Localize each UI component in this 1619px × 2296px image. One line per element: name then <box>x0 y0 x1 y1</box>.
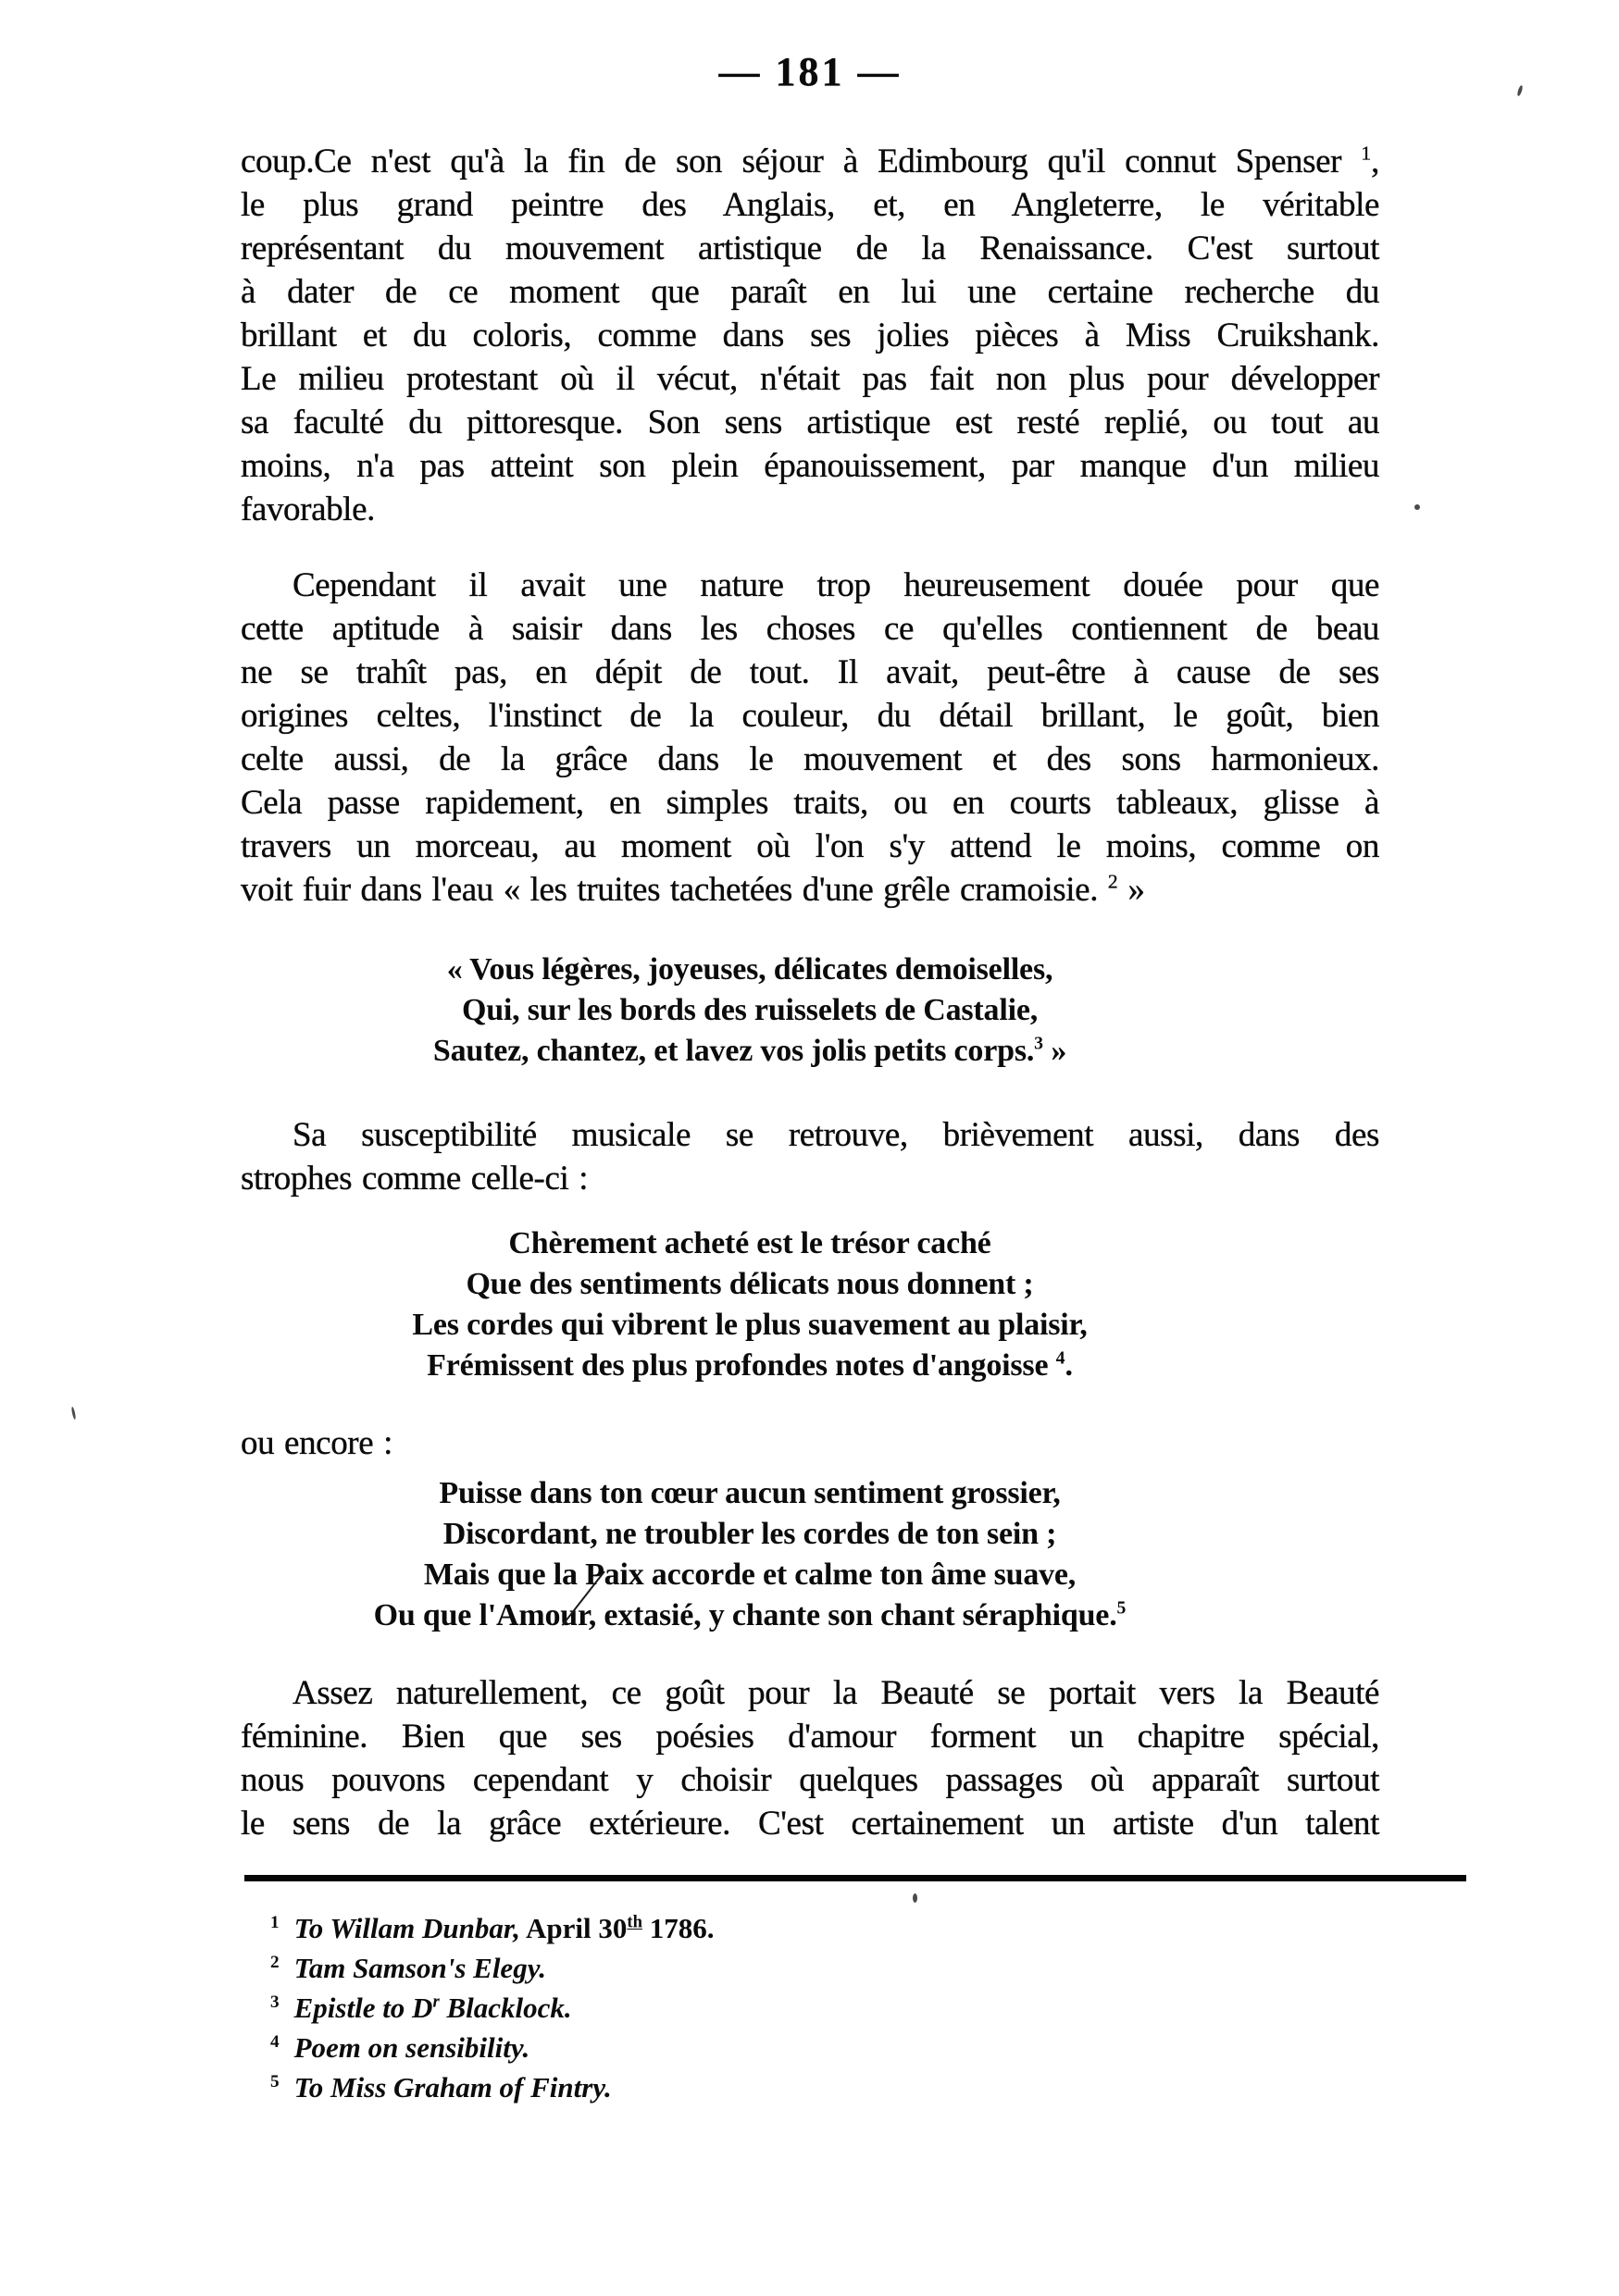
poem-line: Sautez, chantez, et lavez vos jolis peti… <box>241 1031 1259 1072</box>
poem-line: Ou que l'Amour, extasié, y chante son ch… <box>241 1595 1259 1636</box>
text-line: ne se trahît pas, en dépit de tout. Il a… <box>241 651 1379 694</box>
text-line: travers un morceau, au moment où l'on s'… <box>241 825 1379 868</box>
body-paragraph: Sa susceptibilité musicale se retrouve, … <box>241 1113 1379 1200</box>
footnote-ref-2: 2 <box>1108 871 1118 893</box>
line-text: Ou que l'Amour, extasié, y chante son ch… <box>374 1598 1117 1632</box>
text-line: Cela passe rapidement, en simples traits… <box>241 781 1379 825</box>
text-line: nous pouvons cependant y choisir quelque… <box>241 1758 1379 1802</box>
text-line: Cependant il avait une nature trop heure… <box>241 564 1379 607</box>
text-line: moins, n'a pas atteint son plein épanoui… <box>241 444 1379 488</box>
footnote-item: 3Epistle to Dr Blacklock. <box>270 1988 1289 2028</box>
footnote-number: 2 <box>270 1953 280 1972</box>
footnote-item: 1To Willam Dunbar, April 30th 1786. <box>270 1908 1289 1948</box>
ordinal-suffix: th <box>627 1913 642 1932</box>
text-line: celte aussi, de la grâce dans le mouveme… <box>241 738 1379 781</box>
text-line: ou encore : <box>241 1421 1379 1465</box>
ink-speck-artifact <box>913 1893 917 1903</box>
poem-line: Que des sentiments délicats nous donnent… <box>241 1264 1259 1305</box>
text-line: Assez naturellement, ce goût pour la Bea… <box>241 1671 1379 1715</box>
poem-quote: « Vous légères, joyeuses, délicates demo… <box>241 949 1379 1072</box>
footnote-item: 2Tam Samson's Elegy. <box>270 1948 1289 1988</box>
text-line: favorable. <box>241 488 1379 531</box>
ink-speck-artifact <box>71 1407 77 1420</box>
line-text: coup.Ce n'est qu'à la fin de son séjour … <box>241 143 1361 180</box>
footnote-title: Blacklock. <box>440 1992 572 2024</box>
footnote-item: 4Poem on sensibility. <box>270 2028 1289 2067</box>
poem-line: « Vous légères, joyeuses, délicates demo… <box>241 949 1259 990</box>
footnote-date: 1786. <box>642 1912 715 1944</box>
text-line: féminine. Bien que ses poésies d'amour f… <box>241 1715 1379 1758</box>
footnote-separator-rule <box>244 1875 1466 1881</box>
text-line: cette aptitude à saisir dans les choses … <box>241 607 1379 651</box>
text-line: voit fuir dans l'eau « les truites tache… <box>241 868 1379 912</box>
ink-speck-artifact <box>1516 85 1524 97</box>
footnote-title: Epistle to D <box>294 1992 433 2024</box>
line-text: Sautez, chantez, et lavez vos jolis peti… <box>433 1034 1034 1068</box>
line-text: voit fuir dans l'eau « les truites tache… <box>241 871 1108 909</box>
footnote-ref-1: 1 <box>1361 143 1371 165</box>
body-paragraph: coup.Ce n'est qu'à la fin de son séjour … <box>241 140 1379 531</box>
ink-speck-artifact <box>1414 504 1420 510</box>
poem-quote: Puisse dans ton cœur aucun sentiment gro… <box>241 1473 1379 1636</box>
line-text: , <box>1371 143 1379 180</box>
body-paragraph: ou encore : <box>241 1421 1379 1465</box>
text-line: origines celtes, l'instinct de la couleu… <box>241 694 1379 738</box>
text-line: sa faculté du pittoresque. Son sens arti… <box>241 401 1379 444</box>
footnote-item: 5To Miss Graham of Fintry. <box>270 2067 1289 2107</box>
text-line: le sens de la grâce extérieure. C'est ce… <box>241 1802 1379 1845</box>
footnote-number: 3 <box>270 1992 280 2012</box>
poem-line: Qui, sur les bords des ruisselets de Cas… <box>241 990 1259 1031</box>
line-text: Frémissent des plus profondes notes d'an… <box>427 1348 1056 1383</box>
scanned-book-page: — 181 — coup.Ce n'est qu'à la fin de son… <box>0 0 1619 2296</box>
abbreviation-superscript: r <box>432 1992 439 2012</box>
footnote-title: To Miss Graham of Fintry. <box>294 2071 612 2104</box>
footnote-number: 4 <box>270 2032 280 2052</box>
body-paragraph: Cependant il avait une nature trop heure… <box>241 564 1379 912</box>
footnote-number: 5 <box>270 2072 280 2091</box>
text-line: coup.Ce n'est qu'à la fin de son séjour … <box>241 140 1379 183</box>
poem-line: Chèrement acheté est le trésor caché <box>241 1223 1259 1264</box>
line-text: » <box>1043 1034 1066 1068</box>
footnote-date: April 30 <box>520 1912 627 1944</box>
footnote-ref-4: 4 <box>1056 1348 1065 1369</box>
footnote-list: 1To Willam Dunbar, April 30th 1786. 2Tam… <box>270 1908 1289 2107</box>
footnote-number: 1 <box>270 1913 280 1932</box>
poem-line: Discordant, ne troubler les cordes de to… <box>241 1514 1259 1555</box>
text-line: brillant et du coloris, comme dans ses j… <box>241 314 1379 357</box>
text-line: Sa susceptibilité musicale se retrouve, … <box>241 1113 1379 1157</box>
text-line: représentant du mouvement artistique de … <box>241 227 1379 270</box>
text-line: strophes comme celle-ci : <box>241 1157 1379 1200</box>
poem-line: Frémissent des plus profondes notes d'an… <box>241 1346 1259 1386</box>
poem-quote: Chèrement acheté est le trésor caché Que… <box>241 1223 1379 1386</box>
line-text: . <box>1065 1348 1073 1383</box>
poem-line: Puisse dans ton cœur aucun sentiment gro… <box>241 1473 1259 1514</box>
body-paragraph: Assez naturellement, ce goût pour la Bea… <box>241 1671 1379 1845</box>
poem-line: Les cordes qui vibrent le plus suavement… <box>241 1305 1259 1346</box>
text-line: Le milieu protestant où il vécut, n'étai… <box>241 357 1379 401</box>
footnote-ref-3: 3 <box>1034 1034 1043 1054</box>
poem-line: Mais que la Paix accorde et calme ton âm… <box>241 1555 1259 1595</box>
line-text: » <box>1118 871 1145 909</box>
footnote-title: Poem on sensibility. <box>294 2031 530 2064</box>
text-line: le plus grand peintre des Anglais, et, e… <box>241 183 1379 227</box>
footnote-title: To Willam Dunbar, <box>294 1912 520 1944</box>
text-line: à dater de ce moment que paraît en lui u… <box>241 270 1379 314</box>
footnote-ref-5: 5 <box>1117 1598 1127 1619</box>
footnote-title: Tam Samson's Elegy. <box>294 1952 546 1984</box>
page-number: — 181 — <box>241 48 1379 95</box>
